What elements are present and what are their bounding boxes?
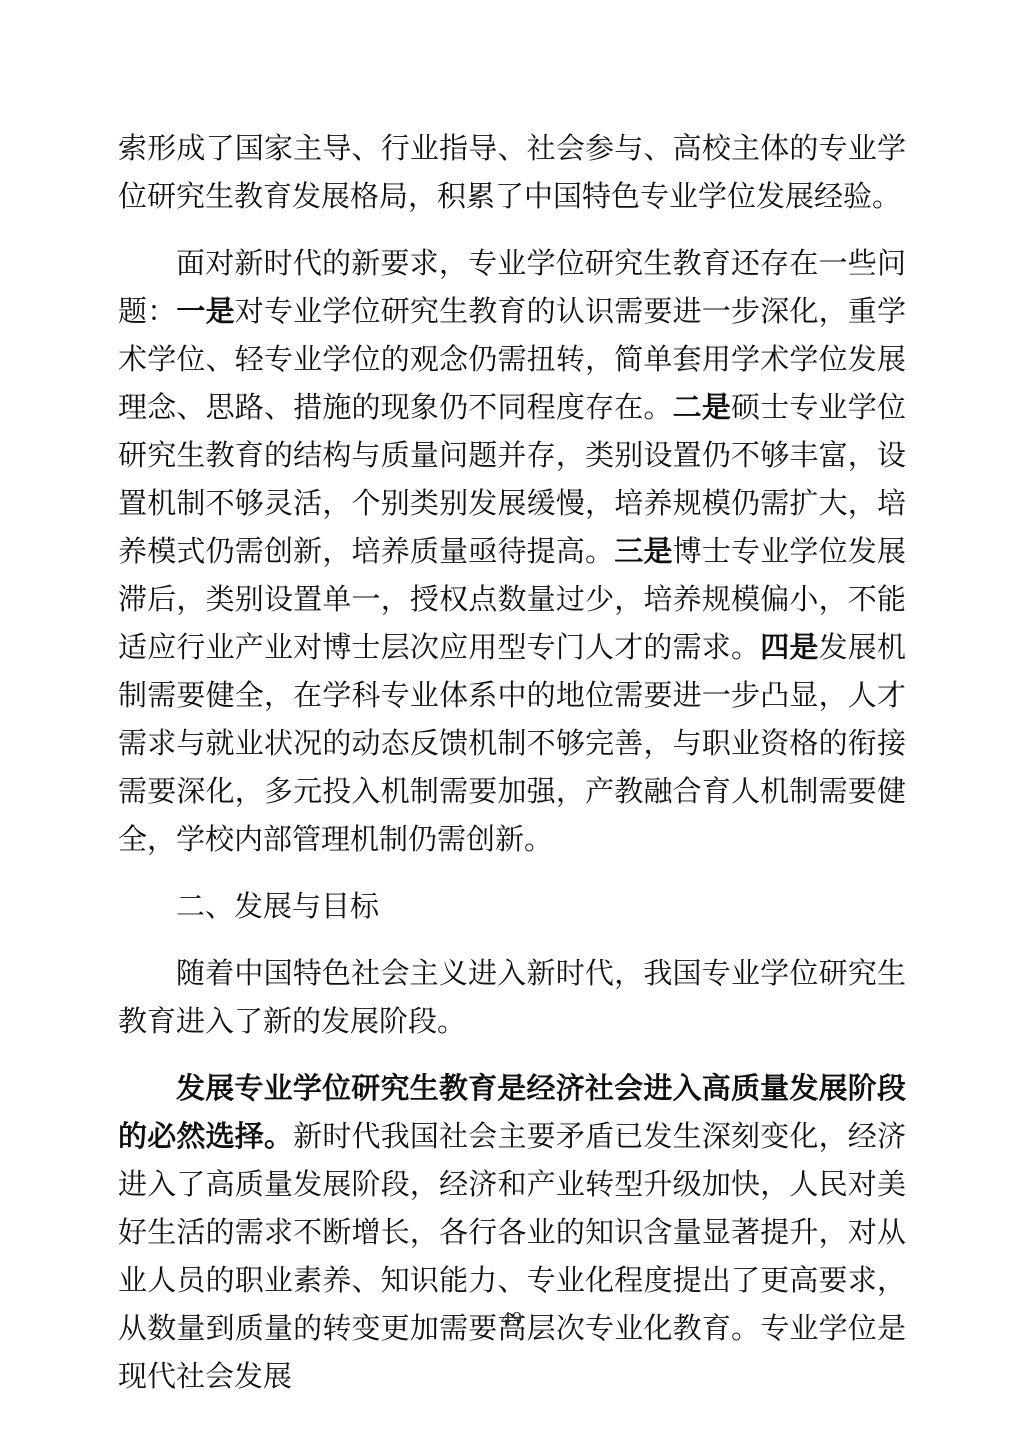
para-inevitable-choice: 发展专业学位研究生教育是经济社会进入高质量发展阶段的必然选择。新时代我国社会主要… — [118, 1065, 906, 1401]
text-run-bold: 二是 — [673, 392, 731, 424]
text-run: 随着中国特色社会主义进入新时代，我国专业学位研究生教育进入了新的发展阶段。 — [118, 958, 906, 1038]
page-footer: 49 — [0, 1308, 1024, 1331]
document-body: 索形成了国家主导、行业指导、社会参与、高校主体的专业学位研究生教育发展格局，积累… — [118, 125, 906, 1401]
para-new-era: 随着中国特色社会主义进入新时代，我国专业学位研究生教育进入了新的发展阶段。 — [118, 950, 906, 1046]
document-page: 索形成了国家主导、行业指导、社会参与、高校主体的专业学位研究生教育发展格局，积累… — [0, 0, 1024, 1446]
para-continuation: 索形成了国家主导、行业指导、社会参与、高校主体的专业学位研究生教育发展格局，积累… — [118, 125, 906, 221]
text-run-bold: 一是 — [176, 296, 234, 328]
text-run: 二、发展与目标 — [176, 891, 379, 923]
text-run-bold: 三是 — [614, 536, 672, 568]
page-number: 49 — [501, 1308, 523, 1330]
text-run: 索形成了国家主导、行业指导、社会参与、高校主体的专业学位研究生教育发展格局，积累… — [118, 133, 906, 213]
text-run: 发展机制需要健全，在学科专业体系中的地位需要进一步凸显，人才需求与就业状况的动态… — [118, 632, 906, 856]
section-heading: 二、发展与目标 — [118, 883, 906, 931]
text-run: 新时代我国社会主要矛盾已发生深刻变化，经济进入了高质量发展阶段，经济和产业转型升… — [118, 1121, 906, 1393]
text-run-bold: 四是 — [760, 632, 818, 664]
para-problems: 面对新时代的新要求，专业学位研究生教育还存在一些问题：一是对专业学位研究生教育的… — [118, 240, 906, 864]
